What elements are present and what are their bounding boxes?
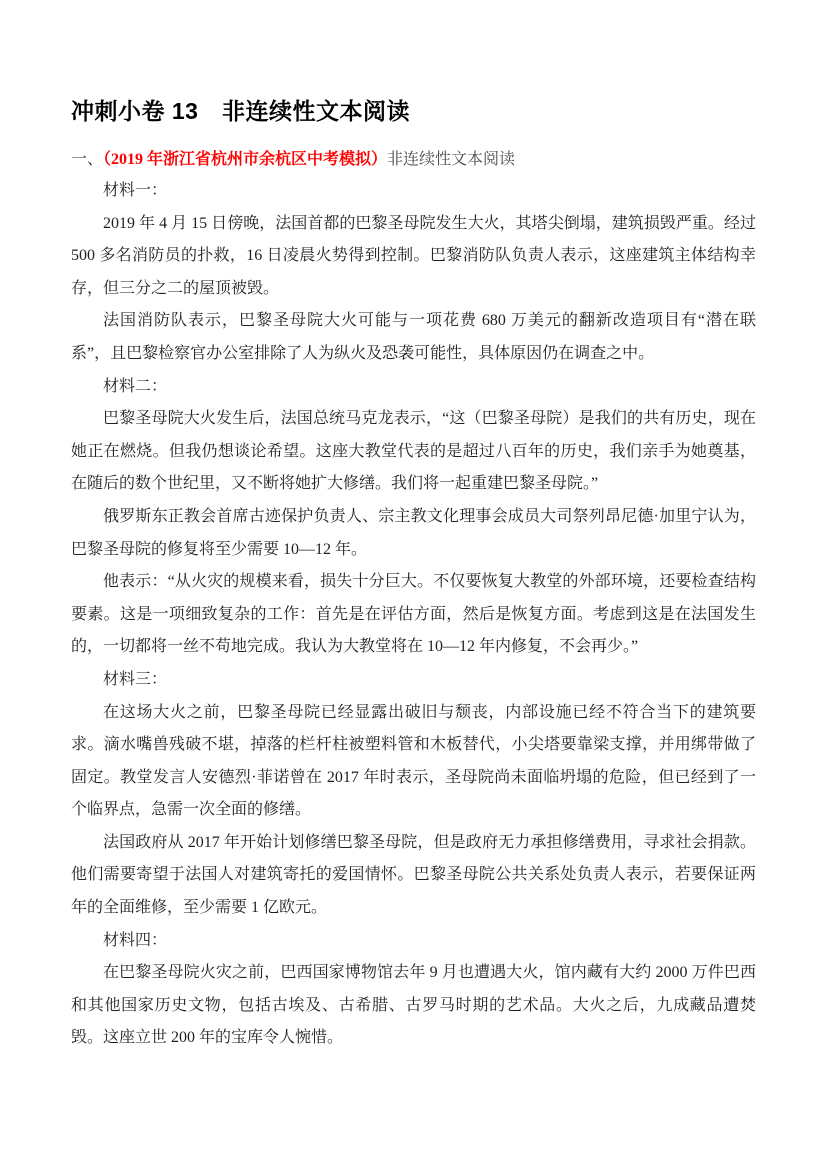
material-label: 材料二： — [71, 371, 756, 404]
material-paragraph: 他表示：“从火灾的规模来看，损失十分巨大。不仅要恢复大教堂的外部环境，还要检查结… — [71, 566, 756, 664]
material-label: 材料四： — [71, 925, 756, 958]
question-type: 非连续性文本阅读 — [387, 151, 515, 168]
document-title: 冲刺小卷 13 非连续性文本阅读 — [71, 96, 756, 126]
material-label: 材料三： — [71, 664, 756, 697]
material-paragraph: 在巴黎圣母院火灾之前，巴西国家博物馆去年 9 月也遭遇大火，馆内藏有大约 200… — [71, 957, 756, 1055]
material-paragraph: 2019 年 4 月 15 日傍晚，法国首都的巴黎圣母院发生大火，其塔尖倒塌，建… — [71, 208, 756, 306]
document-content: 冲刺小卷 13 非连续性文本阅读 一、（2019 年浙江省杭州市余杭区中考模拟）… — [71, 96, 756, 1055]
materials-section: 材料一： 2019 年 4 月 15 日傍晚，法国首都的巴黎圣母院发生大火，其塔… — [71, 175, 756, 1055]
material-paragraph: 俄罗斯东正教会首席古迹保护负责人、宗主教文化理事会成员大司祭列昂尼德·加里宁认为… — [71, 501, 756, 566]
exam-source: （2019 年浙江省杭州市余杭区中考模拟） — [103, 151, 387, 168]
material-paragraph: 法国政府从 2017 年开始计划修缮巴黎圣母院，但是政府无力承担修缮费用，寻求社… — [71, 827, 756, 925]
material-paragraph: 巴黎圣母院大火发生后，法国总统马克龙表示，“这（巴黎圣母院）是我们的共有历史，现… — [71, 403, 756, 501]
question-number: 一、 — [71, 151, 103, 168]
material-paragraph: 在这场大火之前，巴黎圣母院已经显露出破旧与颓丧，内部设施已经不符合当下的建筑要求… — [71, 697, 756, 827]
question-heading: 一、（2019 年浙江省杭州市余杭区中考模拟）非连续性文本阅读 — [71, 148, 756, 172]
material-paragraph: 法国消防队表示，巴黎圣母院大火可能与一项花费 680 万美元的翻新改造项目有“潜… — [71, 305, 756, 370]
material-label: 材料一： — [71, 175, 756, 208]
document-page: 冲刺小卷 13 非连续性文本阅读 一、（2019 年浙江省杭州市余杭区中考模拟）… — [0, 0, 827, 1169]
